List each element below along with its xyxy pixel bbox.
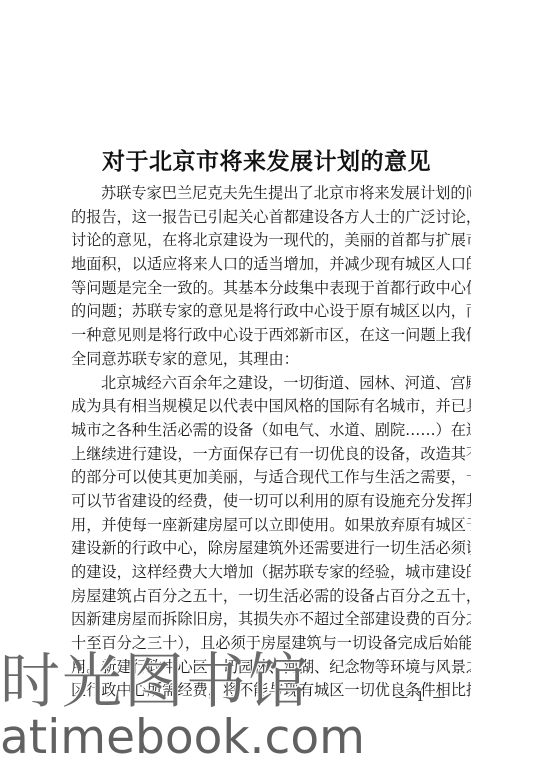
paragraph-line: 一种意见则是将行政中心设于西郊新市区，在这一问题上我们完 [71, 324, 471, 348]
paragraph-line: 用，并使每一座新建房屋可以立即使用。如果放弃原有城区于郊外 [71, 514, 471, 538]
paragraph-line: 北京城经六百余年之建设，一切街道、园林、河道、宫殿等已经 [71, 372, 471, 396]
paragraph-line: 苏联专家巴兰尼克夫先生提出了北京市将来发展计划的问题 [71, 182, 471, 206]
paragraph-line: 等问题是完全一致的。其基本分歧集中表现于首都行政中心位置 [71, 277, 471, 301]
body-text: 苏联专家巴兰尼克夫先生提出了北京市将来发展计划的问题 的报告，这一报告已引起关心… [71, 182, 471, 703]
paragraph-line: 的建设，这样经费大大增加（据苏联专家的经验，城市建设的经费， [71, 561, 471, 585]
paragraph-line: 的部分可以使其更加美丽，与适合现代工作与生活之需要，一方面 [71, 466, 471, 490]
paragraph-line: 全同意苏联专家的意见，其理由： [71, 348, 471, 372]
page-title: 对于北京市将来发展计划的意见 [0, 143, 533, 176]
watermark-chinese: 时光图书馆 [0, 652, 310, 712]
paragraph-line: 因新建房屋而拆除旧房，其损失亦不超过全部建设费的百分之二 [71, 608, 471, 632]
paragraph-line: 房屋建筑占百分之五十，一切生活必需的设备占百分之五十，如果 [71, 585, 471, 609]
paragraph-line: 讨论的意见，在将北京建设为一现代的，美丽的首都与扩展市街用 [71, 229, 471, 253]
paragraph-line: 上继续进行建设，一方面保存已有一切优良的设备，改造其不合理 [71, 443, 471, 467]
paragraph-line: 成为具有相当规模足以代表中国风格的国际有名城市，并已具有 [71, 395, 471, 419]
paragraph-line: 的问题；苏联专家的意见是将行政中心设于原有城区以内，而另外 [71, 300, 471, 324]
page-number: — 1 — [395, 690, 448, 705]
paragraph-line: 可以节省建设的经费，使一切可以利用的原有设施充分发挥其作 [71, 490, 471, 514]
paragraph-line: 城市之各种生活必需的设备（如电气、水道、剧院……）在这一基础 [71, 419, 471, 443]
watermark-url: atimebook.com [0, 712, 365, 764]
paragraph-line: 建设新的行政中心，除房屋建筑外还需要进行一切生活必须设备 [71, 537, 471, 561]
paragraph-line: 的报告，这一报告已引起关心首都建设各方人士的广泛讨论，综合 [71, 206, 471, 230]
paragraph-line: 地面积，以适应将来人口的适当增加，并减少现有城区人口的密度 [71, 253, 471, 277]
